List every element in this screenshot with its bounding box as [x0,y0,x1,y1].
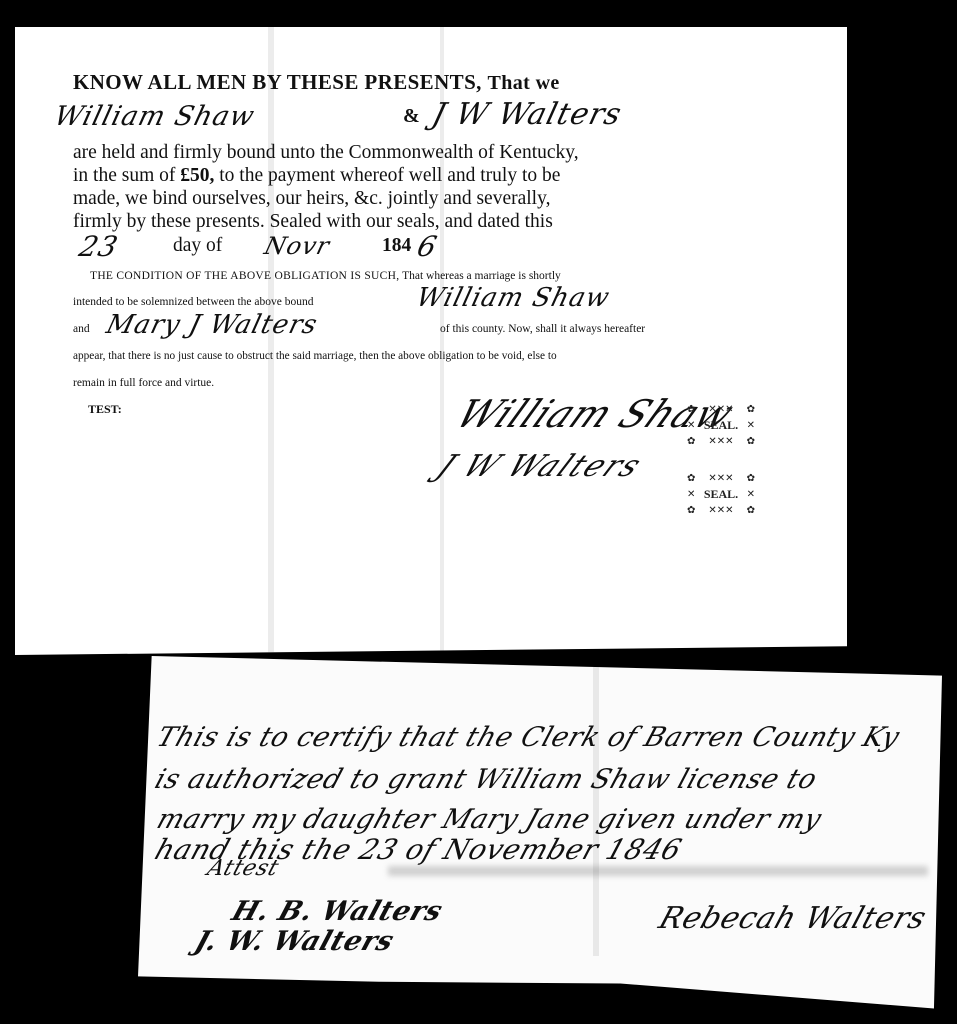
witness-signature-1: H. B. Walters [229,898,446,925]
marriage-bond-document: KNOW ALL MEN BY THESE PRESENTS, That we … [15,27,847,655]
bond-headline: KNOW ALL MEN BY THESE PRESENTS, That we [73,70,560,95]
year-digit-handwritten: 6 [414,230,441,263]
condition-line-3-tail: of this county. Now, shall it always her… [440,323,645,335]
bond-body-line-3: made, we bind ourselves, our heirs, &c. … [73,188,550,210]
condition-line-2: intended to be solemnized between the ab… [73,296,313,308]
day-handwritten: 23 [76,230,122,263]
bond-amount: £50, [180,165,214,186]
sum-prefix: in the sum of [73,165,175,186]
condition-caps: THE CONDITION OF THE ABOVE OBLIGATION IS… [90,270,399,282]
surety-name-handwritten: J W Walters [429,97,626,132]
signature-jw-walters: J W Walters [431,452,648,482]
condition-line-5: remain in full force and virtue. [73,377,214,389]
headline-caps: KNOW ALL MEN BY THESE PRESENTS, [73,70,482,94]
bond-body-line-4: firmly by these presents. Sealed with ou… [73,211,553,233]
condition-line-1: THE CONDITION OF THE ABOVE OBLIGATION IS… [90,270,561,282]
seal-label: SEAL. [704,487,738,502]
seal-label: SEAL. [704,418,738,433]
day-of-label: day of [173,235,222,257]
fold-crease [268,27,274,655]
bond-body-line-2: in the sum of £50, to the payment whereo… [73,165,560,187]
condition-line-1-tail: That whereas a marriage is shortly [402,270,561,282]
principal-name-handwritten: William Shaw [51,101,258,132]
and-label: and [73,323,90,335]
consent-line-2: is authorized to grant William Shaw lice… [152,766,821,793]
ampersand: & [403,105,420,128]
witness-signature-2: J. W. Walters [192,928,398,955]
month-handwritten: Novr [262,232,333,260]
consent-line-3: marry my daughter Mary Jane given under … [154,806,825,833]
attest-label: Attest [204,858,281,880]
seal-stamp-1: ✿✕✕✕✿ ✕SEAL.✕ ✿✕✕✕✿ [687,403,755,447]
bond-body-line-1: are held and firmly bound unto the Commo… [73,142,579,164]
sum-suffix: to the payment whereof well and truly to… [219,165,560,186]
condition-line-4: appear, that there is no just cause to o… [73,350,557,362]
signature-rebecah-walters: Rebecah Walters [655,904,930,934]
consent-line-1: This is to certify that the Clerk of Bar… [154,724,903,751]
groom-name-handwritten: William Shaw [413,283,613,313]
fold-stain [388,866,928,876]
year-printed: 184 [382,235,411,257]
parental-consent-note: This is to certify that the Clerk of Bar… [138,656,942,1012]
bride-name-handwritten: Mary J Walters [103,310,321,340]
headline-tail: That we [487,72,559,94]
seal-stamp-2: ✿✕✕✕✿ ✕SEAL.✕ ✿✕✕✕✿ [687,472,755,516]
test-label: TEST: [88,402,122,417]
